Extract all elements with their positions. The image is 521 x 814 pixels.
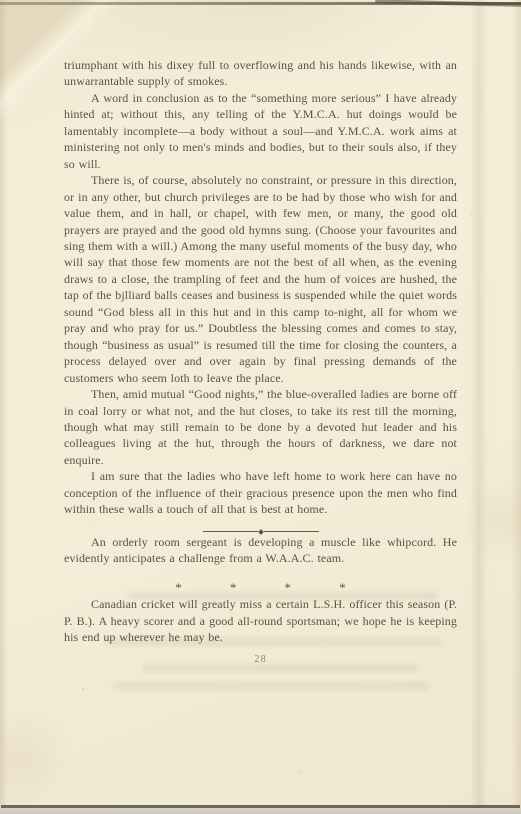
paragraph-continuation: triumphant with his dixey full to overfl… (64, 57, 457, 90)
show-through-smudge (112, 682, 430, 690)
scanned-book-page: triumphant with his dixey full to overfl… (0, 0, 521, 814)
paragraph: I am sure that the ladies who have left … (64, 468, 457, 517)
asterisk: * (230, 580, 237, 596)
paragraph: Then, amid mutual “Good nights,” the blu… (64, 386, 457, 468)
scan-edge-bottom-strip (0, 808, 521, 814)
paragraph: A word in conclusion as to the “somethin… (64, 90, 457, 172)
asterisk: * (339, 580, 346, 596)
asterisk: * (175, 580, 182, 596)
page-text-block: triumphant with his dixey full to overfl… (64, 57, 457, 669)
asterisk: * (285, 580, 292, 596)
page-number: 28 (64, 652, 457, 668)
paragraph-note: Canadian cricket will greatly miss a cer… (64, 596, 457, 645)
paragraph: There is, of course, absolutely no const… (64, 172, 457, 386)
asterisk-separator: * * * * (64, 580, 457, 596)
paragraph-note: An orderly room sergeant is developing a… (64, 534, 457, 567)
